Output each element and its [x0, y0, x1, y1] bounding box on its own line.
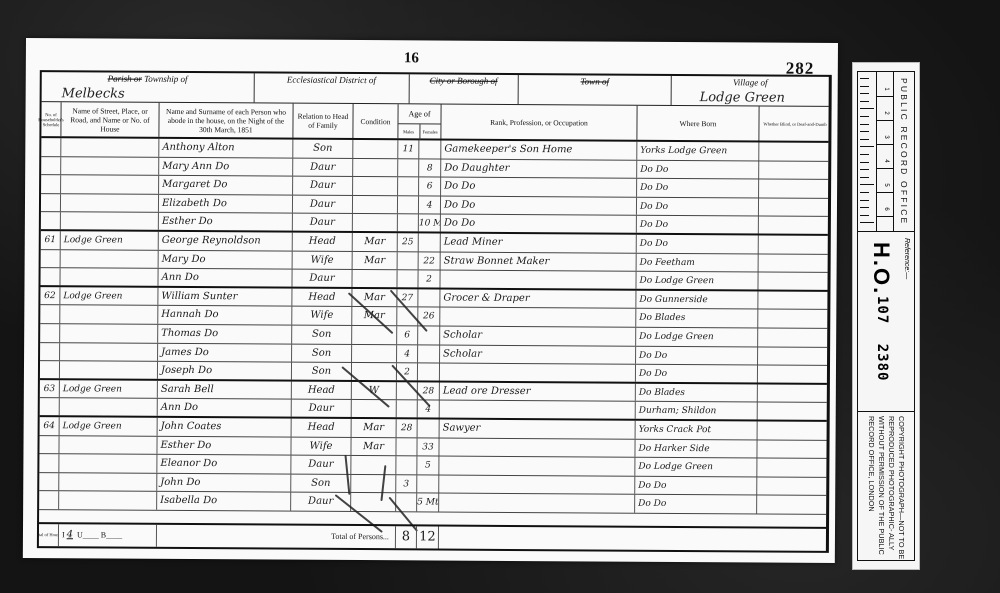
- blind-deaf: [758, 384, 829, 402]
- blind-deaf: [759, 142, 830, 160]
- schedule-number: 61: [41, 231, 61, 249]
- age-male: [397, 270, 418, 287]
- header-age: Age of Males Females: [398, 104, 441, 138]
- where-born: Do Do: [636, 365, 758, 382]
- schedule-number: 63: [40, 380, 60, 398]
- scale-mark: 6: [883, 202, 889, 216]
- where-born: Do Harker Side: [635, 439, 757, 457]
- blind-deaf: [758, 347, 829, 365]
- condition: [352, 326, 397, 344]
- where-born: Do Do: [635, 476, 757, 494]
- blind-deaf: [757, 496, 828, 514]
- address: [60, 399, 158, 416]
- address: [61, 157, 159, 175]
- occupation: Do Daughter: [441, 159, 637, 178]
- where-born: Do Do: [636, 346, 758, 364]
- age-female: 33: [417, 438, 439, 456]
- total-houses: I 4 U____ B____: [59, 524, 157, 547]
- census-form: Parish or Township of Melbecks Ecclesias…: [37, 70, 832, 553]
- age-male: [398, 215, 419, 232]
- occupation: Grocer & Draper: [440, 289, 636, 308]
- ecclesiastical-cell: Ecclesiastical District of: [254, 73, 409, 103]
- blind-deaf: [758, 403, 829, 420]
- age-female: [417, 475, 439, 493]
- schedule-number: 64: [40, 417, 60, 435]
- ruler-tick: [860, 116, 869, 117]
- age-female: 5: [417, 456, 439, 474]
- where-born: Do Do: [637, 160, 759, 178]
- blind-deaf: [759, 198, 830, 216]
- occupation: Do Do: [441, 178, 637, 197]
- relation: Head: [292, 381, 352, 399]
- header-relation: Relation to Head of Family: [293, 104, 353, 138]
- address: [59, 436, 157, 454]
- reference-label: Reference:—: [903, 238, 910, 279]
- condition: [353, 159, 398, 177]
- relation: Son: [292, 326, 352, 344]
- occupation: Sawyer: [440, 419, 636, 438]
- age-female: 6: [419, 178, 441, 196]
- address: Lodge Green: [60, 417, 158, 435]
- schedule-number: [41, 212, 61, 229]
- where-born: Do Do: [637, 179, 759, 197]
- total-houses-label: Total of Houses: [39, 524, 59, 546]
- occupation: Do Do: [441, 215, 637, 233]
- header-address: Name of Street, Place, or Road, and Name…: [61, 102, 159, 137]
- relation: Daur: [293, 214, 353, 231]
- where-born: Do Lodge Green: [636, 328, 758, 346]
- header-age-males: Males: [398, 124, 420, 140]
- header-schedule-no: No. of Householder's Schedule: [41, 102, 61, 136]
- condition: Mar: [351, 437, 396, 455]
- ruler-tick: [860, 131, 869, 132]
- condition: [353, 196, 398, 214]
- where-born: Do Gunnerside: [636, 290, 758, 308]
- ruler-tick: [860, 184, 874, 185]
- blind-deaf: [759, 161, 830, 179]
- scale-ruler: 123456 PUBLIC RECORD OFFICE: [858, 72, 914, 232]
- ecclesiastical-label: Ecclesiastical District of: [254, 74, 408, 85]
- relation: Wife: [291, 437, 351, 455]
- blind-deaf: [759, 254, 830, 272]
- age-female: [419, 140, 441, 158]
- header-where-born: Where Born: [637, 106, 759, 141]
- schedule-number: [39, 436, 59, 454]
- relation: Wife: [293, 251, 353, 269]
- address: [59, 454, 157, 472]
- age-female: [418, 364, 440, 381]
- header-age-females: Females: [420, 124, 441, 140]
- condition: W: [352, 382, 397, 400]
- blind-deaf: [758, 328, 829, 346]
- occupation: [440, 308, 636, 327]
- parish-label: Township of: [144, 74, 187, 84]
- village-label: Village of: [672, 77, 829, 88]
- total-females: 12: [417, 526, 439, 548]
- census-row: Isabella DoDaur5 MthsDo Do: [39, 491, 826, 514]
- schedule-number: [41, 250, 61, 268]
- person-name: George Reynoldson: [159, 232, 293, 250]
- condition: [352, 270, 397, 287]
- ruler-tick: [860, 154, 869, 155]
- occupation: [440, 401, 636, 419]
- age-male: [398, 196, 419, 214]
- age-female: [418, 326, 440, 344]
- town-label: Town of: [580, 76, 608, 86]
- where-born: Do Do: [637, 235, 759, 253]
- relation: Daur: [291, 456, 351, 474]
- ruler-tick: [860, 78, 869, 79]
- header-condition: Condition: [353, 104, 398, 138]
- relation: Son: [291, 474, 351, 492]
- condition: [351, 456, 396, 474]
- parish-value: Melbecks: [62, 86, 125, 101]
- person-name: Ann Do: [158, 399, 292, 416]
- blind-deaf: [757, 440, 828, 458]
- age-male: [398, 252, 419, 270]
- person-name: Sarah Bell: [158, 381, 292, 399]
- person-name: Margaret Do: [159, 176, 293, 194]
- blind-deaf: [757, 477, 828, 495]
- person-name: Esther Do: [157, 436, 291, 454]
- relation: Head: [292, 288, 352, 306]
- age-male: [398, 177, 419, 195]
- address: [60, 343, 158, 361]
- condition: [353, 177, 398, 195]
- relation: Son: [292, 344, 352, 362]
- age-male: 25: [398, 233, 419, 251]
- address: [59, 473, 157, 491]
- relation: Son: [293, 140, 353, 158]
- occupation: [439, 494, 635, 513]
- where-born: Do Blades: [636, 309, 758, 327]
- blind-deaf: [757, 459, 828, 477]
- age-male: 6: [397, 326, 418, 344]
- where-born: Do Lodge Green: [636, 272, 758, 289]
- address: [61, 175, 159, 193]
- age-male: 28: [397, 419, 418, 437]
- ruler-tick: [860, 146, 874, 147]
- parish-label-struck: Parish or: [108, 73, 142, 83]
- district-header: Parish or Township of Melbecks Ecclesias…: [42, 72, 829, 107]
- census-page: 16 282 Parish or Township of Melbecks Ec…: [23, 38, 838, 563]
- occupation: [440, 271, 636, 289]
- relation: Daur: [293, 195, 353, 213]
- ruler-tick: [860, 200, 869, 201]
- series-code: H.O.: [868, 242, 894, 295]
- person-name: John Coates: [158, 418, 292, 436]
- address: [60, 361, 158, 378]
- person-name: James Do: [158, 343, 292, 361]
- age-female: 4: [419, 196, 441, 214]
- person-name: Anthony Alton: [159, 139, 293, 157]
- address: [60, 306, 158, 324]
- scale-mark: 5: [883, 178, 889, 192]
- blind-deaf: [759, 217, 830, 234]
- person-name: Elizabeth Do: [159, 195, 293, 213]
- header-age-of: Age of: [398, 104, 440, 124]
- blind-deaf: [758, 291, 829, 309]
- scale-mark: 1: [883, 82, 889, 96]
- schedule-number: 62: [40, 287, 60, 305]
- scale-divider: [877, 144, 893, 145]
- copyright-notice: COPYRIGHT PHOTOGRAPH—NOT TO BE REPRODUCE…: [858, 412, 914, 560]
- schedule-number: [40, 343, 60, 361]
- ruler-ticks: [858, 72, 876, 231]
- relation: Head: [292, 419, 352, 437]
- blind-deaf: [758, 273, 829, 290]
- age-male: 11: [398, 140, 419, 158]
- age-male: [398, 159, 419, 177]
- age-male: [396, 438, 417, 456]
- address: Lodge Green: [60, 287, 158, 305]
- condition: [353, 214, 398, 231]
- condition: [351, 475, 396, 493]
- scale-divider: [877, 192, 893, 193]
- age-female: 22: [419, 252, 441, 270]
- reference-strip: 123456 PUBLIC RECORD OFFICE Reference:— …: [852, 62, 920, 570]
- schedule-number: [41, 194, 61, 212]
- town-cell: Town of: [519, 75, 672, 105]
- address: [61, 194, 159, 212]
- age-male: 4: [397, 345, 418, 363]
- occupation: [439, 457, 635, 476]
- occupation: Straw Bonnet Maker: [441, 252, 637, 271]
- relation: Daur: [292, 270, 352, 287]
- parish-cell: Parish or Township of Melbecks: [42, 72, 255, 102]
- address: [61, 138, 159, 156]
- occupation: Scholar: [440, 326, 636, 345]
- where-born: Do Do: [637, 198, 759, 216]
- ruler-tick: [860, 101, 869, 102]
- folio-ref-number: 2380: [874, 344, 890, 382]
- person-name: Ann Do: [158, 269, 292, 286]
- occupation: [440, 364, 636, 382]
- where-born: Yorks Crack Pot: [636, 421, 758, 439]
- schedule-number: [41, 157, 61, 175]
- blind-deaf: [758, 366, 829, 383]
- ruler-tick: [860, 139, 869, 140]
- ruler-tick: [860, 162, 869, 163]
- blind-deaf: [759, 180, 830, 198]
- schedule-number: [39, 454, 59, 472]
- where-born: Yorks Lodge Green: [637, 142, 759, 160]
- person-name: Mary Do: [159, 250, 293, 268]
- person-name: Esther Do: [159, 213, 293, 230]
- blind-deaf: [758, 310, 829, 328]
- ruler-scale: 123456: [876, 72, 894, 231]
- occupation: Lead Miner: [441, 234, 637, 253]
- scale-divider: [877, 216, 893, 217]
- condition: Mar: [353, 233, 398, 251]
- archive-label: PUBLIC RECORD OFFICE: [899, 78, 909, 225]
- census-rows: Anthony AltonSon11Gamekeeper's Son HomeY…: [39, 138, 828, 515]
- where-born: Do Blades: [636, 383, 758, 401]
- schedule-number: [39, 491, 59, 509]
- schedule-number: [40, 268, 60, 285]
- city-label: City or Borough of: [430, 75, 498, 85]
- person-name: Hannah Do: [158, 306, 292, 324]
- schedule-number: [40, 305, 60, 323]
- scale-mark: 3: [883, 130, 889, 144]
- totals-row: Total of Houses I 4 U____ B____ Total of…: [39, 522, 826, 551]
- city-cell: City or Borough of: [409, 74, 518, 104]
- total-males: 8: [396, 526, 417, 548]
- schedule-number: [41, 138, 61, 156]
- address: [60, 268, 158, 285]
- village-value: Lodge Green: [700, 90, 785, 106]
- address: Lodge Green: [60, 380, 158, 398]
- inhabited-count: 4: [67, 529, 73, 540]
- ruler-tick: [860, 124, 869, 125]
- address: [59, 491, 157, 509]
- person-name: Eleanor Do: [157, 455, 291, 473]
- header-occupation: Rank, Profession, or Occupation: [441, 105, 637, 140]
- relation: Daur: [293, 177, 353, 195]
- person-name: Mary Ann Do: [159, 157, 293, 175]
- scale-mark: 2: [883, 106, 889, 120]
- condition: [353, 140, 398, 158]
- person-name: Isabella Do: [157, 492, 291, 510]
- relation: Head: [293, 233, 353, 251]
- relation: Daur: [292, 400, 352, 417]
- schedule-number: [39, 473, 59, 491]
- person-name: Joseph Do: [158, 362, 292, 379]
- age-female: [418, 289, 440, 307]
- scale-divider: [877, 120, 893, 121]
- age-female: 8: [419, 159, 441, 177]
- blind-deaf: [759, 235, 830, 253]
- ruler-tick: [860, 108, 874, 109]
- condition: [352, 345, 397, 363]
- condition: [352, 400, 397, 417]
- occupation: [439, 475, 635, 494]
- piece-number: 107: [874, 296, 890, 324]
- schedule-number: [40, 398, 60, 415]
- ruler-tick: [860, 86, 869, 87]
- relation: Daur: [293, 158, 353, 176]
- occupation: Lead ore Dresser: [440, 382, 636, 401]
- ruler-tick: [860, 207, 869, 208]
- age-female: [419, 233, 441, 251]
- age-female: [418, 345, 440, 363]
- header-blind-deaf: Whether Blind, or Deaf-and-Dumb: [759, 106, 830, 140]
- schedule-number: [40, 361, 60, 378]
- age-male: [396, 456, 417, 474]
- piece-folio: 107 2380: [874, 296, 890, 381]
- age-male: [397, 401, 418, 418]
- ruler-tick: [860, 215, 869, 216]
- relation: Son: [292, 363, 352, 380]
- reference-box: Reference:— H.O. 107 2380: [858, 232, 914, 412]
- scale-mark: 4: [883, 154, 889, 168]
- age-female: 10 Mths: [419, 215, 441, 232]
- total-persons-label: Total of Persons...: [157, 525, 396, 548]
- schedule-number: [40, 324, 60, 342]
- scale-divider: [877, 96, 893, 97]
- occupation: Scholar: [440, 345, 636, 364]
- age-male: 3: [396, 475, 417, 493]
- occupation: [439, 438, 635, 457]
- address: [60, 324, 158, 342]
- age-female: 5 Mths: [417, 494, 439, 512]
- address: [61, 250, 159, 268]
- ruler-tick: [860, 93, 869, 94]
- ruler-tick: [860, 169, 869, 170]
- where-born: Do Do: [635, 495, 757, 513]
- relation: Wife: [292, 307, 352, 325]
- where-born: Do Do: [637, 216, 759, 233]
- age-female: [418, 419, 440, 437]
- page-number: 16: [404, 50, 419, 67]
- where-born: Do Feetham: [637, 253, 759, 271]
- where-born: Durham; Shildon: [636, 402, 758, 419]
- where-born: Do Lodge Green: [635, 458, 757, 476]
- header-name: Name and Surname of each Person who abod…: [159, 103, 293, 138]
- person-name: Thomas Do: [158, 325, 292, 343]
- occupation: Do Do: [441, 196, 637, 215]
- age-female: 2: [418, 271, 440, 288]
- village-cell: Village of Lodge Green: [672, 76, 829, 106]
- column-headers: No. of Householder's Schedule Name of St…: [41, 102, 828, 143]
- address: Lodge Green: [61, 231, 159, 249]
- ruler-tick: [860, 192, 869, 193]
- person-name: William Sunter: [158, 288, 292, 306]
- occupation: Gamekeeper's Son Home: [441, 141, 637, 160]
- condition: Mar: [352, 419, 397, 437]
- condition: Mar: [353, 252, 398, 270]
- schedule-number: [41, 175, 61, 193]
- ruler-tick: [860, 177, 869, 178]
- scale-divider: [877, 168, 893, 169]
- address: [61, 213, 159, 230]
- ruler-tick: [860, 222, 874, 223]
- blind-deaf: [758, 421, 829, 439]
- person-name: John Do: [157, 473, 291, 491]
